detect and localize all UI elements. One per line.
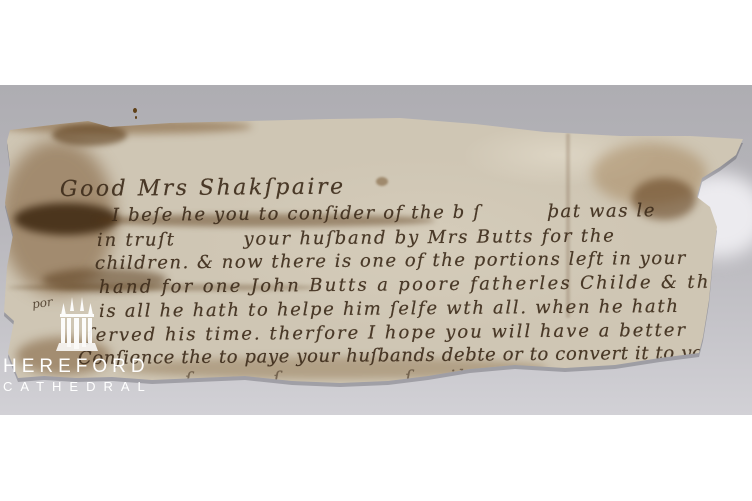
ink-stain <box>52 124 127 146</box>
manuscript-line-3: in truſt your huſband by Mrs Butts for t… <box>97 225 616 251</box>
paper-speck <box>135 116 137 119</box>
cathedral-icon <box>55 295 99 353</box>
ink-stain <box>376 177 388 186</box>
marginal-note: por <box>31 295 53 312</box>
manuscript-line-5: hand for one John Butts a poore fatherle… <box>99 271 733 298</box>
watermark-title: HEREFORD <box>3 356 150 378</box>
manuscript-line-4: children. & now there is one of the port… <box>95 248 687 274</box>
watermark-subtitle: CATHEDRAL <box>3 379 153 394</box>
manuscript-line-2: I beſe he you to conſider of the b ſ þat… <box>112 200 656 226</box>
manuscript-photo: Good Mrs Shakſpaire I beſe he you to con… <box>0 85 752 415</box>
manuscript-line-6: is all he hath to helpe him ſelfe wth al… <box>99 296 680 322</box>
page: Good Mrs Shakſpaire I beſe he you to con… <box>0 0 752 501</box>
manuscript-line-7: ſerved his time. therfore I hope you wil… <box>87 320 687 346</box>
manuscript-line-1: Good Mrs Shakſpaire <box>60 175 346 202</box>
paper-speck <box>133 108 137 113</box>
ink-stain <box>2 119 252 134</box>
